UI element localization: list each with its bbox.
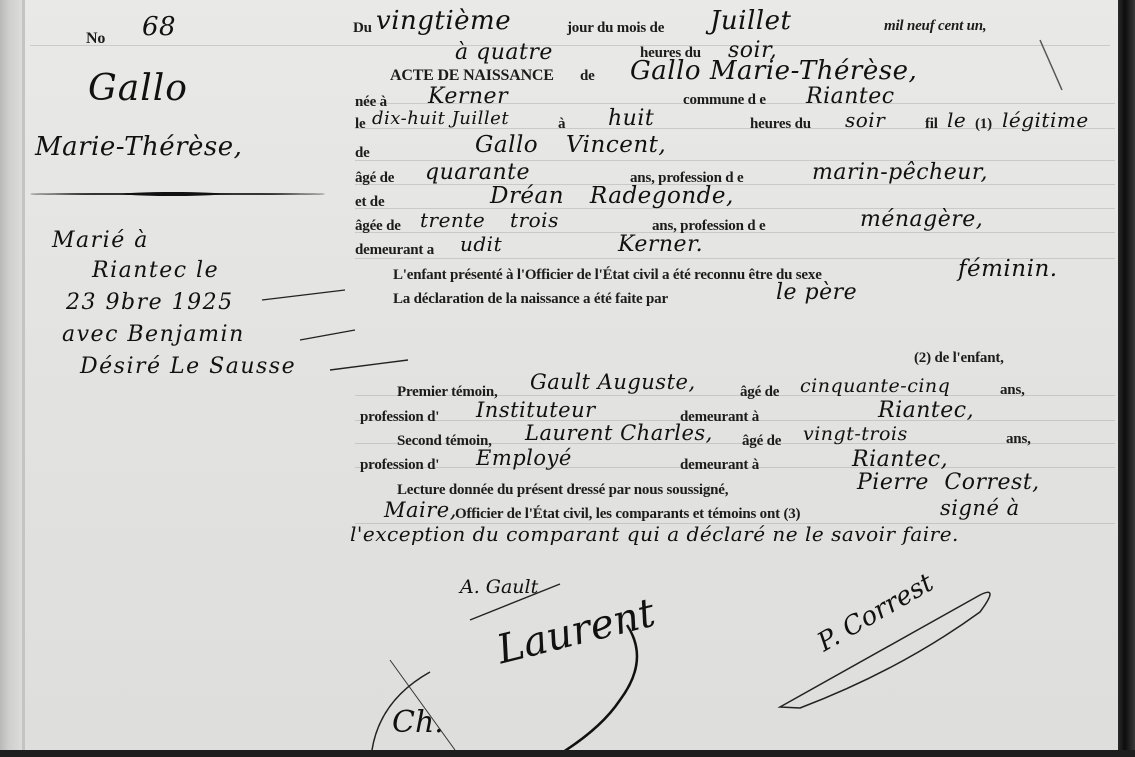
signature-flourishes <box>0 0 1118 750</box>
page-bottom-edge <box>0 750 1135 757</box>
page-right-edge <box>1118 0 1135 757</box>
certificate-page: No 68 Gallo Marie-Thérèse, Marié à Riant… <box>0 0 1118 750</box>
